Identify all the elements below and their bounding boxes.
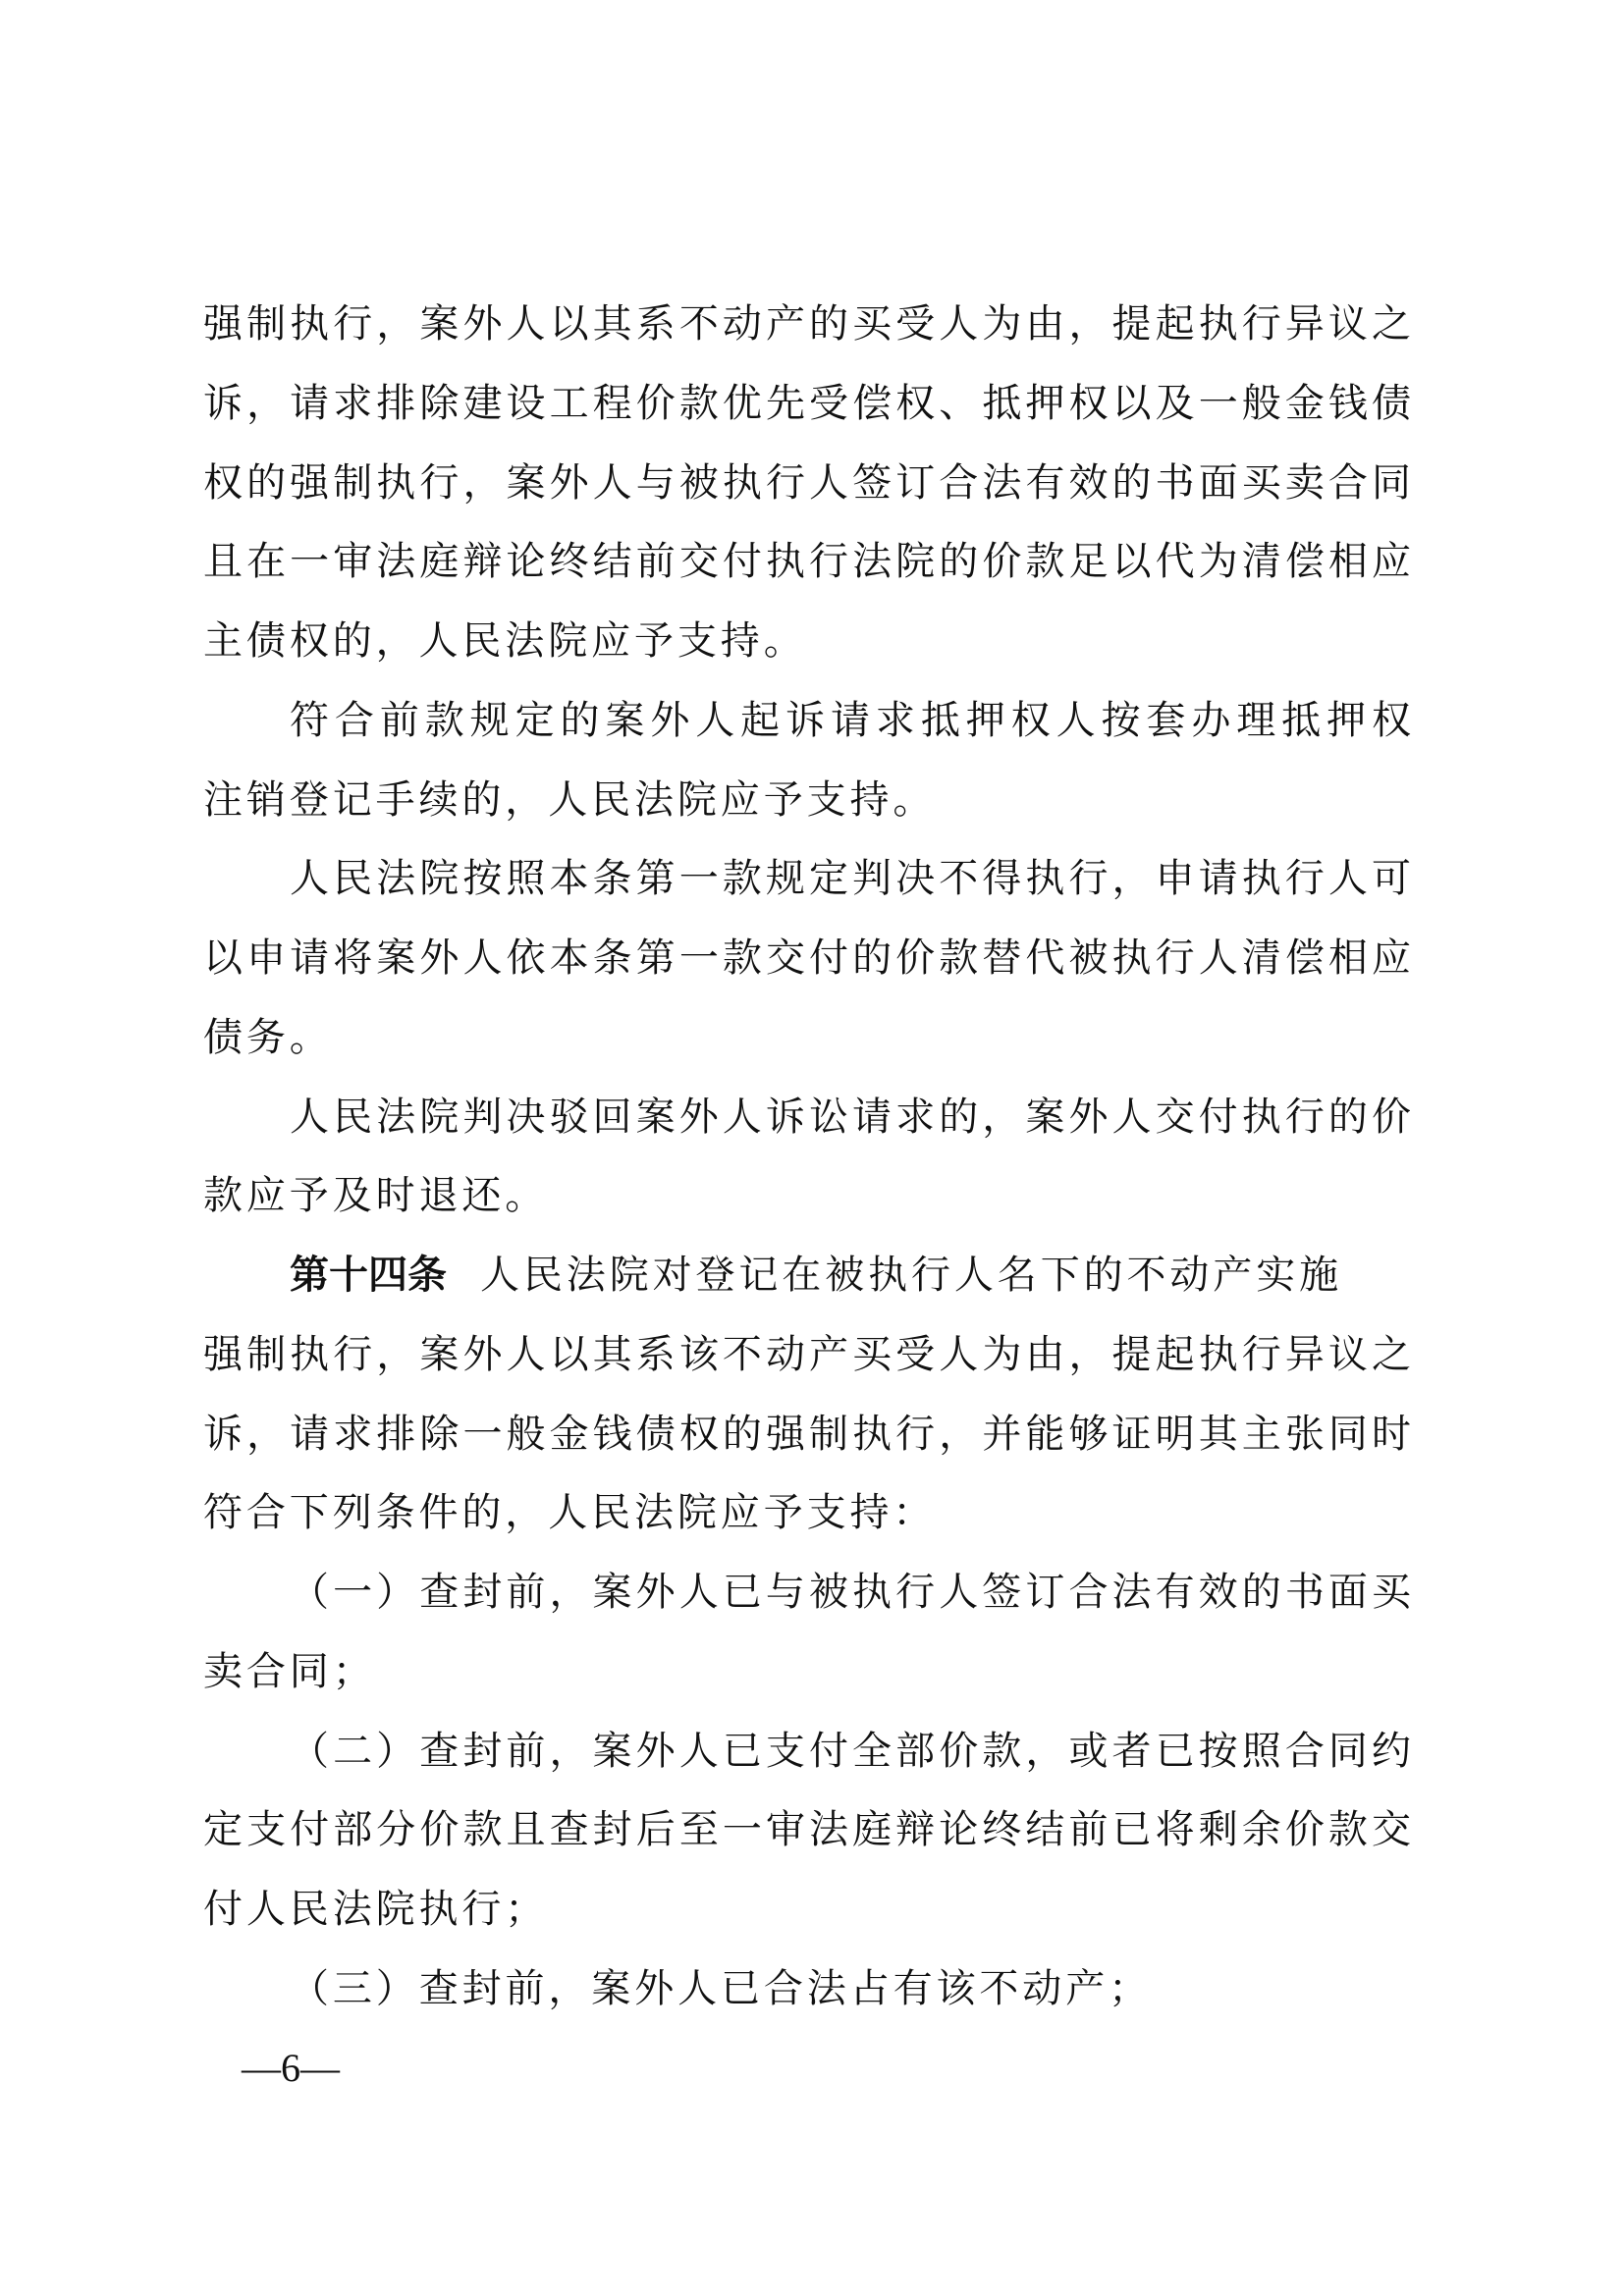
list-item-2-line: （二）查封前，案外人已支付全部价款，或者已按照合同约	[203, 1722, 1411, 1781]
text-line: 定支付部分价款且查封后至一审法庭辩论终结前已将剩余价款交	[203, 1800, 1411, 1859]
paragraph-start-line: 符合前款规定的案外人起诉请求抵押权人按套办理抵押权	[203, 691, 1411, 750]
text-line: 强制执行，案外人以其系该不动产买受人为由，提起执行异议之	[203, 1325, 1411, 1384]
text-line: 主债权的，人民法院应予支持。	[203, 612, 1411, 670]
text-line: 诉，请求排除建设工程价款优先受偿权、抵押权以及一般金钱债	[203, 374, 1411, 433]
article-number-heading: 第十四条	[290, 1253, 447, 1298]
list-item-3-line: （三）查封前，案外人已合法占有该不动产；	[203, 1959, 1411, 2018]
text-line: 以申请将案外人依本条第一款交付的价款替代被执行人清偿相应	[203, 929, 1411, 988]
text-line: 款应予及时退还。	[203, 1166, 1411, 1225]
article-body-text: 人民法院对登记在被执行人名下的不动产实施	[480, 1253, 1342, 1298]
document-page: 强制执行，案外人以其系不动产的买受人为由，提起执行异议之 诉，请求排除建设工程价…	[0, 0, 1624, 2296]
text-line: 诉，请求排除一般金钱债权的强制执行，并能够证明其主张同时	[203, 1405, 1411, 1464]
text-line: 注销登记手续的，人民法院应予支持。	[203, 771, 1411, 829]
text-line: 符合下列条件的，人民法院应予支持：	[203, 1483, 1411, 1542]
page-number: —6—	[242, 2044, 340, 2093]
paragraph-start-line: 人民法院按照本条第一款规定判决不得执行，申请执行人可	[203, 849, 1411, 908]
text-line: 债务。	[203, 1008, 1411, 1067]
text-line: 强制执行，案外人以其系不动产的买受人为由，提起执行异议之	[203, 294, 1411, 353]
paragraph-start-line: 人民法院判决驳回案外人诉讼请求的，案外人交付执行的价	[203, 1088, 1411, 1147]
text-line: 且在一审法庭辩论终结前交付执行法院的价款足以代为清偿相应	[203, 532, 1411, 591]
article-heading-line: 第十四条人民法院对登记在被执行人名下的不动产实施	[203, 1246, 1411, 1305]
text-line: 付人民法院执行；	[203, 1880, 1411, 1939]
text-line: 权的强制执行，案外人与被执行人签订合法有效的书面买卖合同	[203, 454, 1411, 512]
text-line: 卖合同；	[203, 1642, 1411, 1701]
list-item-1-line: （一）查封前，案外人已与被执行人签订合法有效的书面买	[203, 1563, 1411, 1622]
